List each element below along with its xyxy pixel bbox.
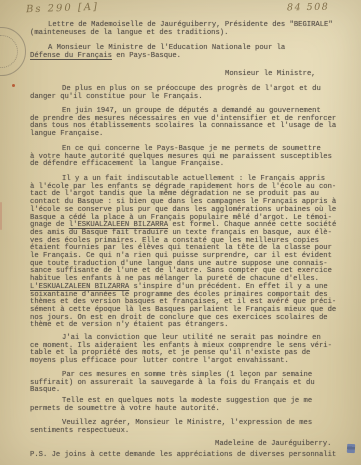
paragraph-3: En ce qui concerne le Pays-Basque je me … bbox=[30, 146, 332, 169]
paragraph-1: De plus en plus on se préoccupe des prog… bbox=[30, 86, 321, 101]
paragraph-4-text-3: s'inspire d'un précédent. En effet il y … bbox=[30, 283, 336, 330]
blue-stamp-fragment bbox=[347, 444, 355, 453]
red-dot-mark bbox=[12, 84, 15, 87]
addressee-underlined: Défense du Français bbox=[30, 52, 112, 60]
postscript: P.S. Je joins à cette demande les appréc… bbox=[30, 452, 336, 460]
paragraph-2: En juin 1947, un groupe de députés a dem… bbox=[30, 108, 336, 139]
circular-stamp bbox=[0, 27, 26, 76]
red-edge-mark bbox=[0, 202, 2, 230]
salutation: Monsieur le Ministre, bbox=[225, 71, 316, 79]
handwritten-ref-top-left: Bs 290 [A] bbox=[26, 2, 99, 16]
letter-page: Bs 290 [A] 84 508 Lettre de Mademoiselle… bbox=[0, 0, 361, 465]
signature: Madeleine de Jauréguiberry. bbox=[215, 441, 331, 449]
paragraph-4-text-2: est formel. Chaque année cette société d… bbox=[30, 221, 336, 283]
addressee-text-2: en Pays-Basque. bbox=[112, 52, 181, 60]
letter-heading: Lettre de Mademoiselle de Jauréguiberry,… bbox=[30, 22, 333, 37]
handwritten-ref-top-right: 84 508 bbox=[287, 2, 329, 14]
paragraph-7: Telle est en quelques mots la modeste su… bbox=[30, 398, 312, 413]
paragraph-8: Veuillez agréer, Monsieur le Ministre, l… bbox=[30, 420, 312, 435]
paragraph-5: J'ai la conviction que leur utilité ne s… bbox=[30, 335, 332, 366]
paragraph-4: Il y a un fait indiscutable actuellement… bbox=[30, 176, 336, 330]
circular-stamp-inner-ring bbox=[0, 35, 18, 68]
paragraph-6: Par ces mesures en somme très simples (1… bbox=[30, 372, 315, 395]
letter-addressee: A Monsieur le Ministre de l'Education Na… bbox=[30, 45, 285, 60]
